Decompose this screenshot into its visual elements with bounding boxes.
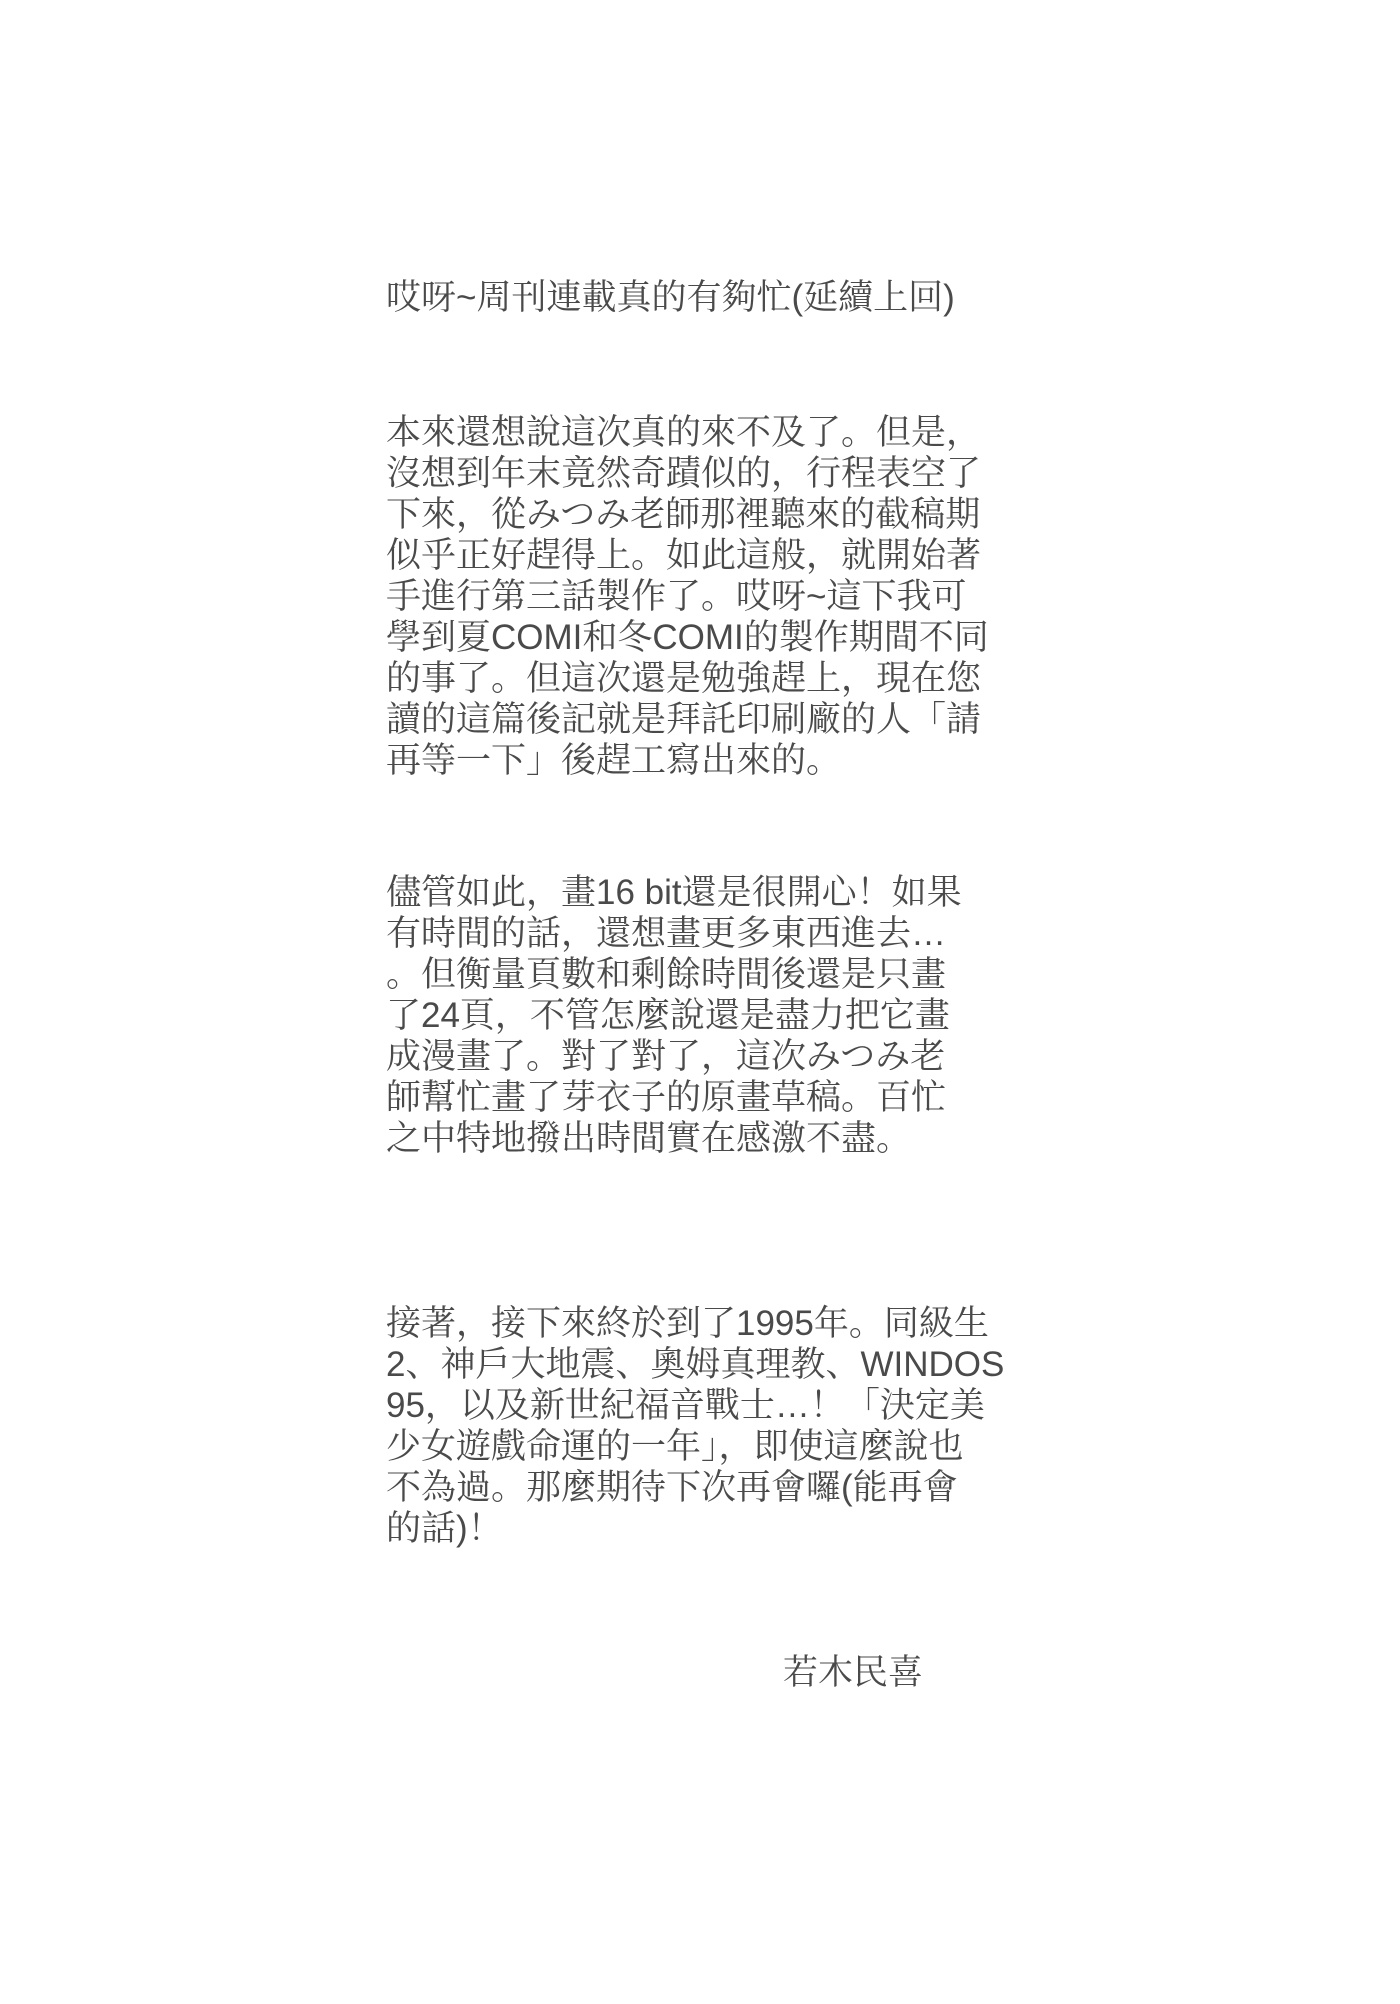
text-line: 2、神戶大地震、奧姆真理教、WINDOS — [386, 1344, 1004, 1385]
text-line: 有時間的話，還想畫更多東西進去… — [386, 913, 962, 954]
text-line: 不為過。那麼期待下次再會囉(能再會 — [386, 1467, 1004, 1508]
afterword-page: 哎呀~周刊連載真的有夠忙(延續上回) 本來還想說這次真的來不及了。但是，沒想到年… — [0, 0, 1400, 2004]
text-line: 儘管如此，畫16 bit還是很開心！如果 — [386, 872, 962, 913]
afterword-title: 哎呀~周刊連載真的有夠忙(延續上回) — [386, 277, 955, 318]
paragraph-3: 接著，接下來終於到了1995年。同級生2、神戶大地震、奧姆真理教、WINDOS9… — [386, 1303, 1004, 1549]
text-line: 師幫忙畫了芽衣子的原畫草稿。百忙 — [386, 1077, 962, 1118]
text-line: 接著，接下來終於到了1995年。同級生 — [386, 1303, 1004, 1344]
text-line: 的事了。但這次還是勉強趕上，現在您 — [386, 658, 989, 699]
text-line: 95，以及新世紀福音戰士…！「決定美 — [386, 1385, 1004, 1426]
text-line: 讀的這篇後記就是拜託印刷廠的人「請 — [386, 699, 989, 740]
paragraph-2: 儘管如此，畫16 bit還是很開心！如果有時間的話，還想畫更多東西進去…。但衡量… — [386, 872, 962, 1159]
author-signature: 若木民喜 — [783, 1652, 923, 1693]
text-line: 手進行第三話製作了。哎呀~這下我可 — [386, 576, 989, 617]
text-line: 再等一下」後趕工寫出來的。 — [386, 740, 989, 781]
text-line: 的話)！ — [386, 1508, 1004, 1549]
text-line: 了24頁，不管怎麼說還是盡力把它畫 — [386, 995, 962, 1036]
text-line: 下來，從みつみ老師那裡聽來的截稿期 — [386, 494, 989, 535]
text-line: 成漫畫了。對了對了，這次みつみ老 — [386, 1036, 962, 1077]
paragraph-1: 本來還想說這次真的來不及了。但是，沒想到年末竟然奇蹟似的，行程表空了下來，從みつ… — [386, 412, 989, 781]
text-line: 少女遊戲命運的一年」，即使這麼說也 — [386, 1426, 1004, 1467]
text-line: 本來還想說這次真的來不及了。但是， — [386, 412, 989, 453]
text-line: 之中特地撥出時間實在感激不盡。 — [386, 1118, 962, 1159]
text-line: 似乎正好趕得上。如此這般，就開始著 — [386, 535, 989, 576]
text-line: 學到夏COMI和冬COMI的製作期間不同 — [386, 617, 989, 658]
text-line: 沒想到年末竟然奇蹟似的，行程表空了 — [386, 453, 989, 494]
text-line: 。但衡量頁數和剩餘時間後還是只畫 — [386, 954, 962, 995]
